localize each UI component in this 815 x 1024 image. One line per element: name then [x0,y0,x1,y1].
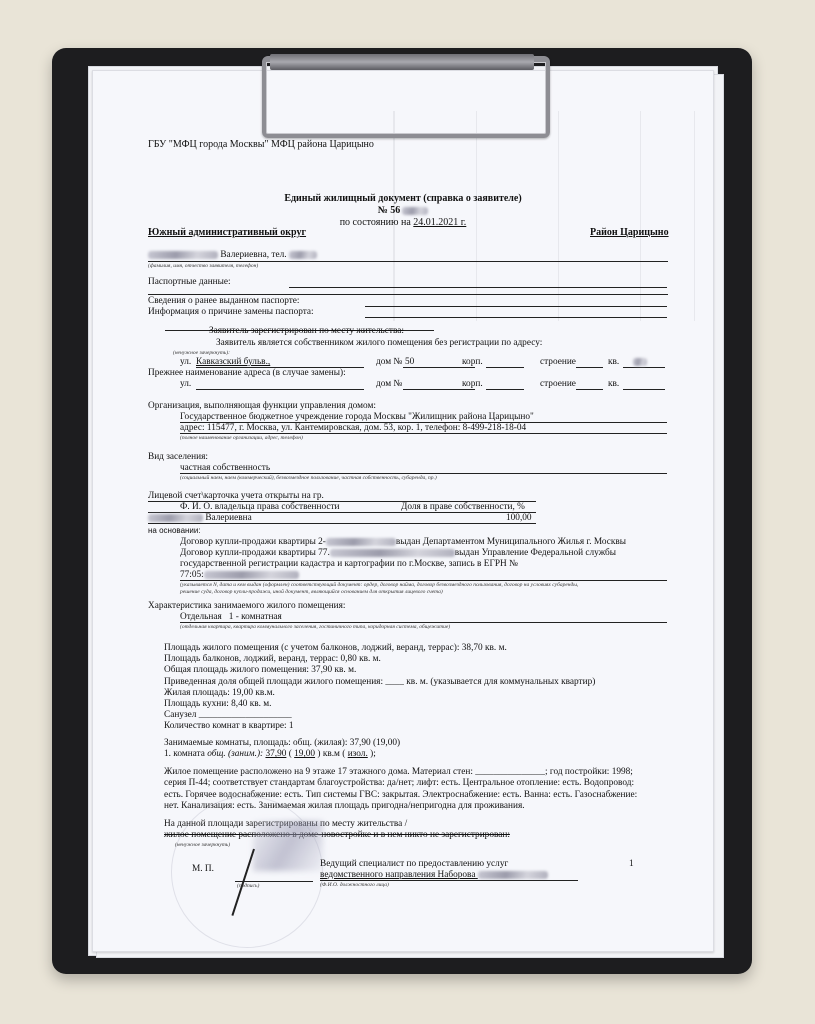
caption: (отдельная квартира, квартира коммунальн… [180,624,450,630]
prev-passport-label: Сведения о ранее выданном паспорте: [148,296,300,306]
stamp-label: М. П. [192,864,214,874]
owner-registration-line: Заявитель является собственником жилого … [216,338,542,348]
applicant-name: Валериевна, тел. [148,250,317,260]
caption: (полное наименование организации, адрес,… [180,435,303,441]
redacted-official-name [478,871,548,879]
share-value: 100,00 [506,513,532,523]
premises-value: Отдельная 1 - комнатная [180,612,282,622]
basis-document-2-continued: государственной регистрации кадастра и к… [180,559,518,569]
caption: (ненужное зачеркнуть): [173,350,230,356]
caption: (фамилия, имя, отчество заявителя, телеф… [148,263,258,269]
caption: (социальный наем, наем (коммерческий), б… [180,475,437,481]
street-label: ул. [180,357,191,367]
area-line: Площадь кухни: 8,40 кв. м. [164,699,595,710]
area-list: Площадь жилого помещения (с учетом балко… [164,643,595,733]
prev-apartment-label: кв. [608,379,619,389]
document-number: № 56 [93,205,713,216]
document-title: Единый жилищный документ (справка о заяв… [93,193,713,204]
basis-document-2: Договор купли-продажи квартиры 77.выдан … [180,548,616,558]
official-name: ведомственного направления Наборова [320,870,548,880]
redacted-owner [148,514,203,522]
corp-label: корп. [462,357,483,367]
area-line: Площадь жилого помещения (с учетом балко… [164,643,595,654]
building-label: строение [540,357,576,367]
prev-corp-label: корп. [462,379,483,389]
management-address: адрес: 115477, г. Москва, ул. Кантемиров… [180,423,526,433]
redacted-signature-area [253,821,323,871]
caption: (Ф.И.О. должностного лица) [320,882,389,888]
document-page: ГБУ "МФЦ города Москвы" МФЦ района Цариц… [92,70,714,952]
occupied-rooms: Занимаемые комнаты, площадь: общ. (жилая… [164,738,400,748]
basis-label: на основании: [148,526,201,535]
basis-document-1: Договор купли-продажи квартиры 2-выдан Д… [180,537,626,547]
prev-street-label: ул. [180,379,191,389]
administrative-district: Южный административный округ [148,227,306,238]
passport-label: Паспортные данные: [148,277,231,287]
struck-newbuild-line: жилое помещение расположено в доме-новос… [164,830,510,840]
egrn-record: 77:05: [180,570,299,580]
redacted-contract-number [326,538,396,546]
replace-reason-label: Информация о причине замены паспорта: [148,307,314,317]
official-position: Ведущий специалист по предоставлению усл… [320,859,508,869]
redacted-phone [289,251,317,259]
area-line: Санузел ____________________ [164,710,595,721]
street-value: Кавказский бульв., [196,357,270,367]
area-line: Общая площадь жилого помещения: 37,90 кв… [164,665,595,676]
owner-name: Валериевна [148,513,252,523]
clipboard-clip-bar [270,54,534,70]
share-column-header: Доля в праве собственности, % [401,502,525,512]
municipal-district: Район Царицыно [590,227,669,238]
caption: решение суда, договор купли-продажи, ино… [180,589,443,595]
management-org-name: Государственное бюджетное учреждение гор… [180,412,534,422]
area-line: Жилая площадь: 19,00 кв.м. [164,688,595,699]
redacted-name [148,251,218,259]
caption: (подпись) [237,883,259,889]
settlement-value: частная собственность [180,463,270,473]
account-label: Лицевой счет\карточка учета открыты на г… [148,491,324,501]
prev-house-label: дом № [376,379,402,389]
premises-label: Характеристика занимаемого жилого помеще… [148,601,346,611]
prev-address-label: Прежнее наименование адреса (в случае за… [148,368,346,378]
area-line: Количество комнат в квартире: 1 [164,721,595,732]
apartment-label: кв. [608,357,619,367]
redacted-apartment [633,358,647,366]
document-content: ГБУ "МФЦ города Москвы" МФЦ района Цариц… [93,71,713,951]
caption: (указывается N, дата и кем выдан (оформл… [180,582,578,588]
house-label: дом № [376,357,402,367]
prev-building-label: строение [540,379,576,389]
owner-column-header: Ф. И. О. владельца права собственности [180,502,340,512]
redacted-number [402,207,428,215]
house-value: 50 [405,357,414,367]
issuing-organization: ГБУ "МФЦ города Москвы" МФЦ района Цариц… [148,139,374,150]
management-label: Организация, выполняющая функции управле… [148,401,376,411]
redacted-contract-number [330,549,455,557]
caption: (ненужное зачеркнуть) [175,842,230,848]
struck-registration-line: Заявитель зарегистрирован по месту жител… [165,326,434,336]
area-line: Приведенная доля общей площади жилого по… [164,677,595,688]
redacted-record-number [204,571,299,579]
settlement-label: Вид заселения: [148,452,208,462]
room-1: 1. комната общ. (заним.): 37,90 ( 19,00 … [164,749,376,759]
page-number: 1 [629,859,634,869]
area-line: Площадь балконов, лоджий, веранд, террас… [164,654,595,665]
